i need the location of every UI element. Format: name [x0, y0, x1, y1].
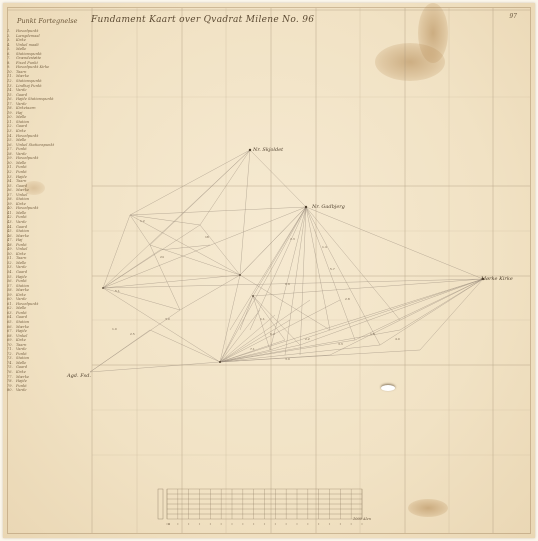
legend-entry-label: Punkt — [16, 243, 27, 247]
page-marker: 97 — [509, 13, 517, 20]
map-title: Fundament Kaart over Qvadrat Milene No. … — [91, 15, 314, 25]
legend-entry-label: Mølle — [16, 261, 26, 265]
legend-entry-label: Højde — [16, 329, 27, 333]
legend-entry-label: Mølle — [16, 115, 26, 119]
legend-entry-label: Højde — [16, 379, 27, 383]
legend-entry-label: Punkt — [16, 170, 27, 174]
svg-text:5.7: 5.7 — [330, 267, 335, 271]
legend-entry-label: Gaard — [16, 270, 27, 274]
legend-entry-label: Høj — [16, 111, 22, 115]
svg-text:2.2: 2.2 — [305, 337, 310, 341]
svg-text:1.4: 1.4 — [322, 245, 327, 249]
svg-text:0.9: 0.9 — [285, 282, 290, 286]
legend-entry-label: Hovedpunkt — [16, 134, 38, 138]
legend-entry-label: Varde — [16, 388, 27, 392]
legend-entry-label: Gaard — [16, 184, 27, 188]
svg-text:2.8: 2.8 — [345, 297, 350, 301]
legend-entry-label: Varde — [16, 152, 27, 156]
legend-entry-label: Mærke — [16, 234, 29, 238]
legend-entry-label: Taarn — [16, 343, 26, 347]
svg-text:1.0: 1.0 — [112, 327, 117, 331]
legend-entry-label: Kirke — [16, 129, 26, 133]
point-legend: Punkt Fortegnelse 1.Hovedpunkt2.Længdema… — [7, 17, 87, 393]
svg-text:18: 18 — [205, 235, 209, 239]
legend-entry-label: Station — [16, 229, 29, 233]
legend-entry-label: Højde — [16, 275, 27, 279]
svg-text:3.9: 3.9 — [285, 357, 290, 361]
legend-entry-label: Mølle — [16, 306, 26, 310]
svg-text:3.0: 3.0 — [165, 317, 170, 321]
legend-entry-label: Hovedpunkt — [16, 29, 38, 33]
map-sheet: 1.22418 5.13.02.3 1.45.72.8 0.91.16.4 2.… — [3, 3, 535, 538]
legend-entry-label: Længdemaal — [16, 34, 40, 38]
legend-entry-label: Mølle — [16, 138, 26, 142]
legend-entry-label: Mølle — [16, 47, 26, 51]
legend-entry-number: 80. — [7, 388, 16, 393]
legend-entry-label: Mærke — [16, 188, 29, 192]
legend-entry-label: Station — [16, 284, 29, 288]
legend-entry-label: Hovedpunkt — [16, 206, 38, 210]
legend-entry-label: Hovedpunkt — [16, 302, 38, 306]
legend-entry-label: Stationspunkt — [16, 52, 42, 56]
legend-entry-label: Gaard — [16, 93, 27, 97]
legend-entry-label: Kirke — [16, 38, 26, 42]
legend-entry-label: Hovedpunkt — [16, 156, 38, 160]
legend-entry-label: Punkt — [16, 215, 27, 219]
legend-entry-label: Grændestøtte — [16, 56, 41, 60]
legend-entry-label: Punkt — [16, 147, 27, 151]
legend-entry-label: Mærke — [16, 325, 29, 329]
svg-text:5.1: 5.1 — [115, 289, 120, 293]
legend-entry-label: Høj — [16, 238, 22, 242]
legend-entry-label: Kirketaarn — [16, 106, 36, 110]
legend-entry-label: Kirke — [16, 252, 26, 256]
legend-entry-label: Hovedpunkt Kirke — [16, 65, 49, 69]
legend-entry-label: Stationspunkt — [16, 79, 42, 83]
legend-entry-label: Mølle — [16, 361, 26, 365]
legend-entry-label: Kirke — [16, 370, 26, 374]
svg-text:6.4: 6.4 — [270, 332, 275, 336]
legend-entry-label: Kirke — [16, 338, 26, 342]
legend-entry-label: Varde — [16, 265, 27, 269]
legend-entry-label: Mølle — [16, 161, 26, 165]
svg-text:24: 24 — [160, 255, 164, 259]
legend-entry-label: Vinkel — [16, 334, 27, 338]
svg-text:2.5: 2.5 — [130, 332, 135, 336]
svg-text:3.3: 3.3 — [338, 342, 343, 346]
svg-text:7.1: 7.1 — [250, 347, 255, 351]
legend-entry-label: Mølle — [16, 211, 26, 215]
legend-entry: 80.Varde — [7, 388, 87, 393]
scale-bar — [155, 486, 365, 526]
sight-lines — [90, 150, 483, 372]
legend-entry-label: Kirke — [16, 293, 26, 297]
svg-text:1.1: 1.1 — [260, 317, 265, 321]
station-label-southwest: Agd. Fsd. — [67, 373, 91, 379]
legend-entry-label: Mærke — [16, 288, 29, 292]
legend-entry-label: Højde — [16, 175, 27, 179]
legend-entry-label: Station — [16, 320, 29, 324]
station-label-east: Mørke Kirke — [481, 276, 513, 282]
legend-entry-label: Varde — [16, 347, 27, 351]
legend-entry-label: Højde Stationspunkt — [16, 97, 54, 101]
legend-list: 1.Hovedpunkt2.Længdemaal3.Kirke4.Vinkel … — [7, 29, 87, 393]
legend-entry-label: Vinkel — [16, 193, 27, 197]
legend-entry-label: Taarn — [16, 179, 26, 183]
legend-entry-label: Vinkel Stationspunkt — [16, 143, 54, 147]
svg-text:1.8: 1.8 — [370, 332, 375, 336]
legend-entry-label: Gaard — [16, 365, 27, 369]
legend-entry-label: Varde — [16, 88, 27, 92]
legend-entry-label: Varde — [16, 297, 27, 301]
legend-title: Punkt Fortegnelse — [17, 17, 87, 25]
legend-entry-label: Varde — [16, 102, 27, 106]
legend-entry-label: Station — [16, 120, 29, 124]
svg-text:2.3: 2.3 — [290, 237, 295, 241]
legend-entry-label: Punkt — [16, 165, 27, 169]
legend-entry-label: Vinkel — [16, 247, 27, 251]
legend-entry-label: Mærke — [16, 375, 29, 379]
legend-entry-label: Kirke — [16, 202, 26, 206]
scale-unit-label: 1000 Alen — [353, 517, 371, 521]
legend-entry-label: Punkt — [16, 279, 27, 283]
svg-text:4.0: 4.0 — [395, 337, 400, 341]
legend-entry-label: Taarn — [16, 70, 26, 74]
legend-entry-label: Varde — [16, 220, 27, 224]
legend-entry-label: Mærke — [16, 74, 29, 78]
station-label-center: Nr. Gadbjerg — [312, 204, 345, 210]
paper-hole — [381, 385, 395, 391]
legend-entry-label: Gaard — [16, 225, 27, 229]
legend-entry-label: Vinkel maalt — [16, 43, 39, 47]
legend-entry-label: Fixed Punkt — [16, 61, 38, 65]
legend-entry-label: Punkt — [16, 311, 27, 315]
svg-text:1.2: 1.2 — [140, 219, 145, 223]
legend-entry-label: Station — [16, 356, 29, 360]
legend-entry-label: Station — [16, 197, 29, 201]
legend-entry-label: Lindhøj Punkt — [16, 84, 42, 88]
legend-entry-label: Punkt — [16, 384, 27, 388]
station-label-north: Nr. Skjoldet — [253, 147, 283, 153]
legend-entry-label: Gaard — [16, 124, 27, 128]
legend-entry-label: Taarn — [16, 256, 26, 260]
legend-entry-label: Gaard — [16, 315, 27, 319]
legend-entry-label: Punkt — [16, 352, 27, 356]
